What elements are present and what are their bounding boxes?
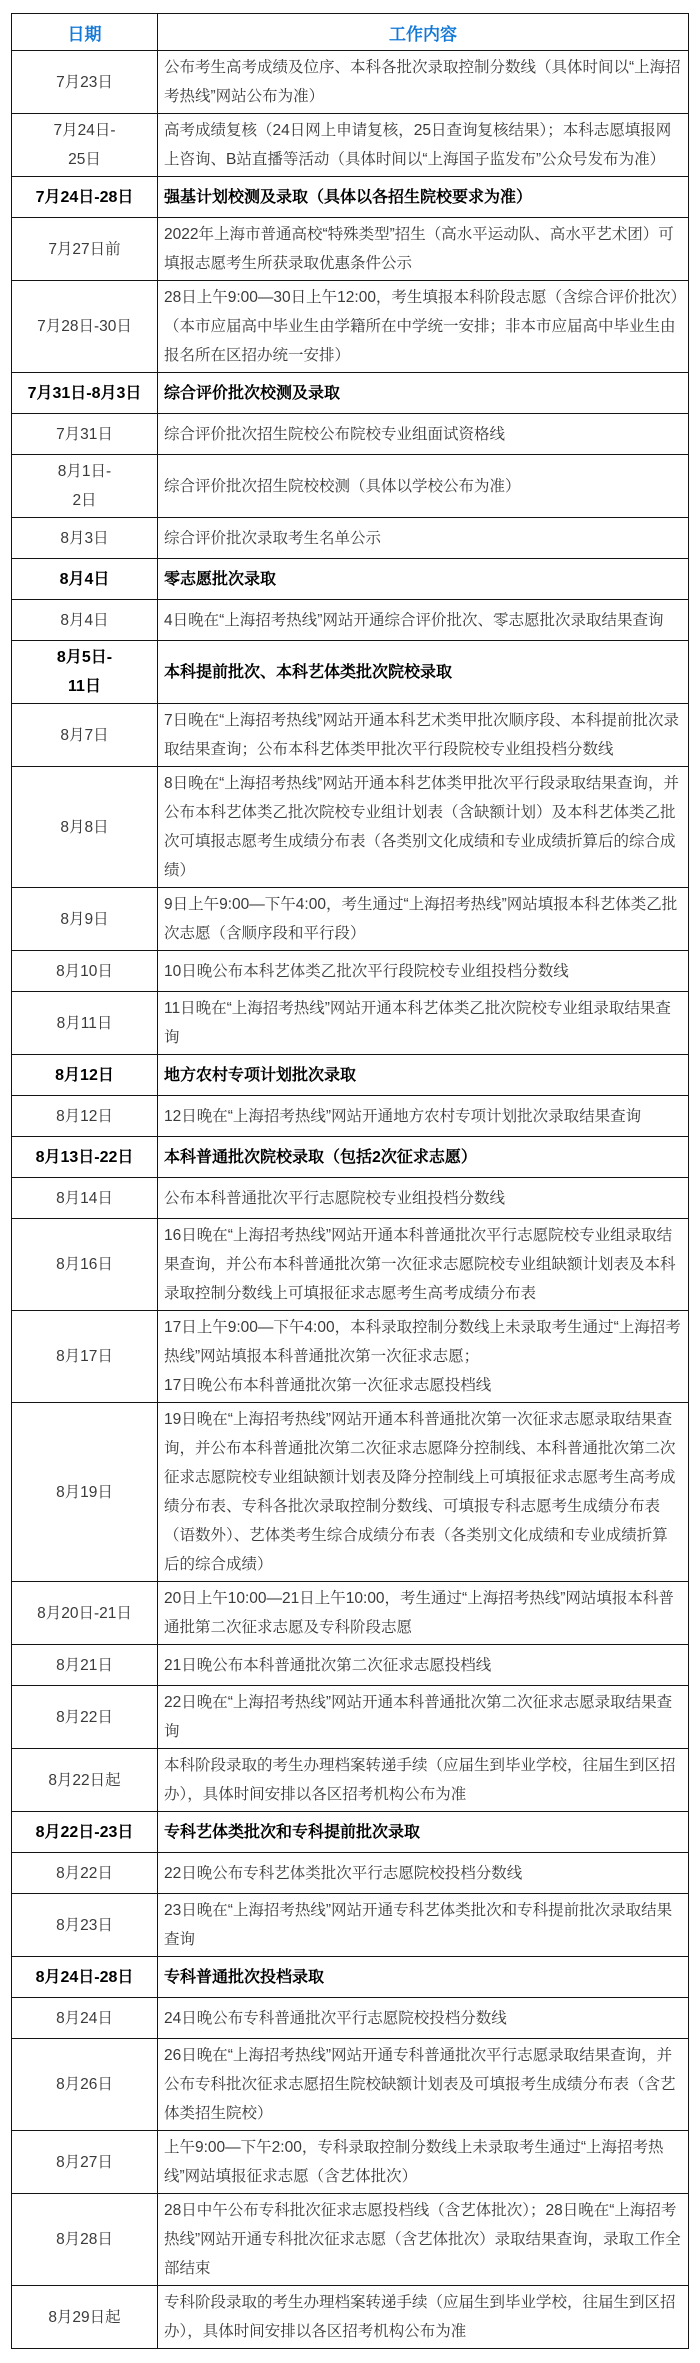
date-cell: 8月12日 xyxy=(12,1096,158,1137)
schedule-row: 8月20日-21日20日上午10:00—21日上午10:00，考生通过“上海招考… xyxy=(12,1582,689,1645)
date-cell: 8月22日 xyxy=(12,1853,158,1894)
schedule-row: 8月22日起本科阶段录取的考生办理档案转递手续（应届生到毕业学校，往届生到区招办… xyxy=(12,1749,689,1812)
schedule-row: 8月1日- 2日综合评价批次招生院校校测（具体以学校公布为准） xyxy=(12,455,689,518)
date-cell: 8月1日- 2日 xyxy=(12,455,158,518)
content-cell: 26日晚在“上海招考热线”网站开通专科普通批次平行志愿录取结果查询，并公布专科批… xyxy=(158,2039,689,2131)
date-cell: 7月28日-30日 xyxy=(12,281,158,373)
header-row: 日期 工作内容 xyxy=(12,14,689,51)
date-cell: 8月8日 xyxy=(12,767,158,888)
section-header-row: 8月12日地方农村专项计划批次录取 xyxy=(12,1055,689,1096)
date-cell: 8月22日-23日 xyxy=(12,1812,158,1853)
content-cell: 17日上午9:00—下午4:00，本科录取控制分数线上未录取考生通过“上海招考热… xyxy=(158,1311,689,1403)
section-header-row: 8月13日-22日本科普通批次院校录取（包括2次征求志愿） xyxy=(12,1137,689,1178)
content-cell: 8日晚在“上海招考热线”网站开通本科艺体类甲批次平行段录取结果查询，并公布本科艺… xyxy=(158,767,689,888)
date-cell: 8月21日 xyxy=(12,1645,158,1686)
content-cell: 综合评价批次招生院校公布院校专业组面试资格线 xyxy=(158,414,689,455)
schedule-row: 8月11日11日晚在“上海招考热线”网站开通本科艺体类乙批次院校专业组录取结果查… xyxy=(12,992,689,1055)
admissions-schedule-table: 日期 工作内容 7月23日公布考生高考成绩及位序、本科各批次录取控制分数线（具体… xyxy=(11,13,689,2349)
schedule-table-body: 7月23日公布考生高考成绩及位序、本科各批次录取控制分数线（具体时间以“上海招考… xyxy=(12,51,689,2349)
content-cell: 综合评价批次录取考生名单公示 xyxy=(158,518,689,559)
date-cell: 7月31日-8月3日 xyxy=(12,373,158,414)
date-cell: 8月24日-28日 xyxy=(12,1957,158,1998)
schedule-row: 8月8日8日晚在“上海招考热线”网站开通本科艺体类甲批次平行段录取结果查询，并公… xyxy=(12,767,689,888)
schedule-row: 7月23日公布考生高考成绩及位序、本科各批次录取控制分数线（具体时间以“上海招考… xyxy=(12,51,689,114)
content-cell: 公布考生高考成绩及位序、本科各批次录取控制分数线（具体时间以“上海招考热线”网站… xyxy=(158,51,689,114)
date-cell: 8月29日起 xyxy=(12,2286,158,2349)
schedule-row: 8月29日起专科阶段录取的考生办理档案转递手续（应届生到毕业学校，往届生到区招办… xyxy=(12,2286,689,2349)
schedule-row: 8月22日22日晚在“上海招考热线”网站开通本科普通批次第二次征求志愿录取结果查… xyxy=(12,1686,689,1749)
content-cell: 专科艺体类批次和专科提前批次录取 xyxy=(158,1812,689,1853)
date-cell: 8月4日 xyxy=(12,600,158,641)
section-header-row: 7月31日-8月3日综合评价批次校测及录取 xyxy=(12,373,689,414)
content-cell: 公布本科普通批次平行志愿院校专业组投档分数线 xyxy=(158,1178,689,1219)
content-cell: 28日中午公布专科批次征求志愿投档线（含艺体批次）；28日晚在“上海招考热线”网… xyxy=(158,2194,689,2286)
content-cell: 综合评价批次招生院校校测（具体以学校公布为准） xyxy=(158,455,689,518)
content-cell: 高考成绩复核（24日网上申请复核，25日查询复核结果）；本科志愿填报网上咨询、B… xyxy=(158,114,689,177)
date-cell: 8月4日 xyxy=(12,559,158,600)
date-cell: 8月20日-21日 xyxy=(12,1582,158,1645)
date-cell: 8月28日 xyxy=(12,2194,158,2286)
content-cell: 综合评价批次校测及录取 xyxy=(158,373,689,414)
schedule-row: 7月31日综合评价批次招生院校公布院校专业组面试资格线 xyxy=(12,414,689,455)
schedule-row: 8月24日24日晚公布专科普通批次平行志愿院校投档分数线 xyxy=(12,1998,689,2039)
content-cell: 28日上午9:00—30日上午12:00，考生填报本科阶段志愿（含综合评价批次）… xyxy=(158,281,689,373)
column-header-date: 日期 xyxy=(12,14,158,51)
date-cell: 8月10日 xyxy=(12,951,158,992)
content-cell: 16日晚在“上海招考热线”网站开通本科普通批次平行志愿院校专业组录取结果查询，并… xyxy=(158,1219,689,1311)
section-header-row: 8月4日零志愿批次录取 xyxy=(12,559,689,600)
date-cell: 8月3日 xyxy=(12,518,158,559)
date-cell: 7月24日- 25日 xyxy=(12,114,158,177)
date-cell: 7月24日-28日 xyxy=(12,177,158,218)
content-cell: 地方农村专项计划批次录取 xyxy=(158,1055,689,1096)
date-cell: 7月27日前 xyxy=(12,218,158,281)
content-cell: 上午9:00—下午2:00，专科录取控制分数线上未录取考生通过“上海招考热线”网… xyxy=(158,2131,689,2194)
section-header-row: 8月22日-23日专科艺体类批次和专科提前批次录取 xyxy=(12,1812,689,1853)
content-cell: 本科阶段录取的考生办理档案转递手续（应届生到毕业学校，往届生到区招办），具体时间… xyxy=(158,1749,689,1812)
content-cell: 本科提前批次、本科艺体类批次院校录取 xyxy=(158,641,689,704)
schedule-row: 8月14日公布本科普通批次平行志愿院校专业组投档分数线 xyxy=(12,1178,689,1219)
schedule-row: 8月7日7日晚在“上海招考热线”网站开通本科艺术类甲批次顺序段、本科提前批次录取… xyxy=(12,704,689,767)
date-cell: 8月19日 xyxy=(12,1403,158,1582)
content-cell: 本科普通批次院校录取（包括2次征求志愿） xyxy=(158,1137,689,1178)
date-cell: 8月17日 xyxy=(12,1311,158,1403)
schedule-row: 7月27日前2022年上海市普通高校“特殊类型”招生（高水平运动队、高水平艺术团… xyxy=(12,218,689,281)
content-cell: 22日晚在“上海招考热线”网站开通本科普通批次第二次征求志愿录取结果查询 xyxy=(158,1686,689,1749)
content-cell: 专科普通批次投档录取 xyxy=(158,1957,689,1998)
content-cell: 24日晚公布专科普通批次平行志愿院校投档分数线 xyxy=(158,1998,689,2039)
date-cell: 7月23日 xyxy=(12,51,158,114)
schedule-row: 8月21日21日晚公布本科普通批次第二次征求志愿投档线 xyxy=(12,1645,689,1686)
schedule-row: 8月16日16日晚在“上海招考热线”网站开通本科普通批次平行志愿院校专业组录取结… xyxy=(12,1219,689,1311)
date-cell: 8月14日 xyxy=(12,1178,158,1219)
schedule-row: 8月26日26日晚在“上海招考热线”网站开通专科普通批次平行志愿录取结果查询，并… xyxy=(12,2039,689,2131)
date-cell: 8月13日-22日 xyxy=(12,1137,158,1178)
content-cell: 11日晚在“上海招考热线”网站开通本科艺体类乙批次院校专业组录取结果查询 xyxy=(158,992,689,1055)
content-cell: 20日上午10:00—21日上午10:00，考生通过“上海招考热线”网站填报本科… xyxy=(158,1582,689,1645)
content-cell: 专科阶段录取的考生办理档案转递手续（应届生到毕业学校，往届生到区招办），具体时间… xyxy=(158,2286,689,2349)
content-cell: 9日上午9:00—下午4:00，考生通过“上海招考热线”网站填报本科艺体类乙批次… xyxy=(158,888,689,951)
schedule-row: 8月12日12日晚在“上海招考热线”网站开通地方农村专项计划批次录取结果查询 xyxy=(12,1096,689,1137)
schedule-row: 8月9日9日上午9:00—下午4:00，考生通过“上海招考热线”网站填报本科艺体… xyxy=(12,888,689,951)
date-cell: 8月26日 xyxy=(12,2039,158,2131)
date-cell: 8月12日 xyxy=(12,1055,158,1096)
date-cell: 8月27日 xyxy=(12,2131,158,2194)
schedule-row: 8月27日上午9:00—下午2:00，专科录取控制分数线上未录取考生通过“上海招… xyxy=(12,2131,689,2194)
date-cell: 8月11日 xyxy=(12,992,158,1055)
schedule-row: 8月17日17日上午9:00—下午4:00，本科录取控制分数线上未录取考生通过“… xyxy=(12,1311,689,1403)
schedule-row: 8月28日28日中午公布专科批次征求志愿投档线（含艺体批次）；28日晚在“上海招… xyxy=(12,2194,689,2286)
schedule-row: 7月28日-30日28日上午9:00—30日上午12:00，考生填报本科阶段志愿… xyxy=(12,281,689,373)
schedule-row: 7月24日- 25日高考成绩复核（24日网上申请复核，25日查询复核结果）；本科… xyxy=(12,114,689,177)
section-header-row: 7月24日-28日强基计划校测及录取（具体以各招生院校要求为准） xyxy=(12,177,689,218)
admissions-schedule-page: 日期 工作内容 7月23日公布考生高考成绩及位序、本科各批次录取控制分数线（具体… xyxy=(0,0,700,2363)
date-cell: 8月23日 xyxy=(12,1894,158,1957)
column-header-content: 工作内容 xyxy=(158,14,689,51)
content-cell: 2022年上海市普通高校“特殊类型”招生（高水平运动队、高水平艺术团）可填报志愿… xyxy=(158,218,689,281)
content-cell: 4日晚在“上海招考热线”网站开通综合评价批次、零志愿批次录取结果查询 xyxy=(158,600,689,641)
section-header-row: 8月24日-28日专科普通批次投档录取 xyxy=(12,1957,689,1998)
date-cell: 7月31日 xyxy=(12,414,158,455)
schedule-row: 8月10日10日晚公布本科艺体类乙批次平行段院校专业组投档分数线 xyxy=(12,951,689,992)
content-cell: 19日晚在“上海招考热线”网站开通本科普通批次第一次征求志愿录取结果查询，并公布… xyxy=(158,1403,689,1582)
schedule-row: 8月4日4日晚在“上海招考热线”网站开通综合评价批次、零志愿批次录取结果查询 xyxy=(12,600,689,641)
date-cell: 8月16日 xyxy=(12,1219,158,1311)
content-cell: 23日晚在“上海招考热线”网站开通专科艺体类批次和专科提前批次录取结果查询 xyxy=(158,1894,689,1957)
schedule-row: 8月19日19日晚在“上海招考热线”网站开通本科普通批次第一次征求志愿录取结果查… xyxy=(12,1403,689,1582)
content-cell: 22日晚公布专科艺体类批次平行志愿院校投档分数线 xyxy=(158,1853,689,1894)
schedule-row: 8月22日22日晚公布专科艺体类批次平行志愿院校投档分数线 xyxy=(12,1853,689,1894)
date-cell: 8月9日 xyxy=(12,888,158,951)
date-cell: 8月22日 xyxy=(12,1686,158,1749)
section-header-row: 8月5日- 11日本科提前批次、本科艺体类批次院校录取 xyxy=(12,641,689,704)
content-cell: 零志愿批次录取 xyxy=(158,559,689,600)
date-cell: 8月7日 xyxy=(12,704,158,767)
schedule-row: 8月3日综合评价批次录取考生名单公示 xyxy=(12,518,689,559)
content-cell: 12日晚在“上海招考热线”网站开通地方农村专项计划批次录取结果查询 xyxy=(158,1096,689,1137)
date-cell: 8月24日 xyxy=(12,1998,158,2039)
content-cell: 10日晚公布本科艺体类乙批次平行段院校专业组投档分数线 xyxy=(158,951,689,992)
date-cell: 8月22日起 xyxy=(12,1749,158,1812)
content-cell: 7日晚在“上海招考热线”网站开通本科艺术类甲批次顺序段、本科提前批次录取结果查询… xyxy=(158,704,689,767)
content-cell: 强基计划校测及录取（具体以各招生院校要求为准） xyxy=(158,177,689,218)
content-cell: 21日晚公布本科普通批次第二次征求志愿投档线 xyxy=(158,1645,689,1686)
schedule-row: 8月23日23日晚在“上海招考热线”网站开通专科艺体类批次和专科提前批次录取结果… xyxy=(12,1894,689,1957)
date-cell: 8月5日- 11日 xyxy=(12,641,158,704)
